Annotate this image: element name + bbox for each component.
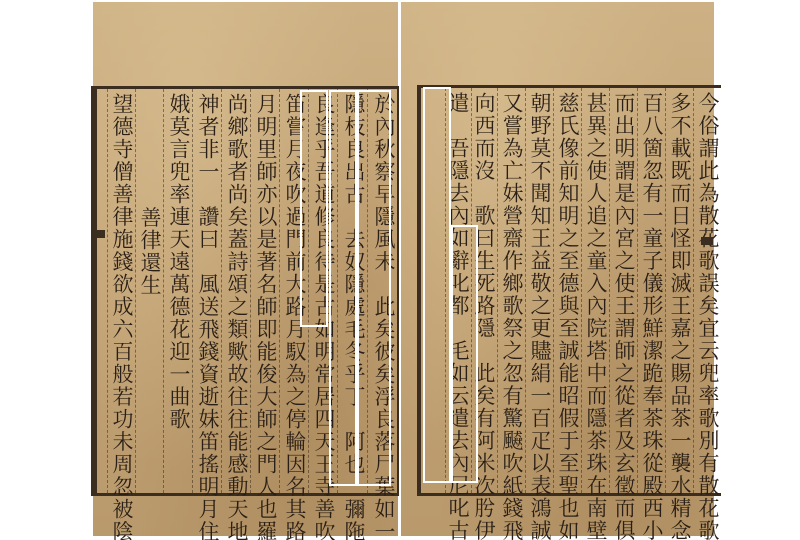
text-column: 笛嘗月夜吹過門前大路月馭為之停輪因名其路日 [279,89,308,493]
column-continuation: 明常居四天王寺善吹 [312,341,336,540]
text-column: 百八箇忽有一童子儀形鮮潔跪奉茶珠從殿西小門 [637,88,665,493]
text-column: 甚異之使人追之童入內院塔中而隱茶珠在南壁畫 [581,88,609,493]
text-column: 神者非一 讚曰 風送飛錢資逝妹笛搖明月住姮 [192,89,221,493]
left-page-frame: 於內秋察早隱風未 此矣彼矣浮良落尸葉如一等 隱枝良出古 去奴隱處毛冬乎丁 阿也 … [91,86,399,496]
text-column: 良逢乎吾道修良待是古如明常居四天王寺善吹 [308,89,337,493]
text-column: 今俗謂此為散花歌誤矣宜云兜率歌別有散花歌文 [693,88,721,493]
text-column: 尚鄉歌者尚矣蓋詩頌之類歟故往往能感動天地鬼 [221,89,250,493]
text-column: 朝野莫不聞知王益敬之更贐絹一百疋以表鴻誠明 [525,88,553,493]
text-column: 遣 吾隱去內如辭叱都 毛如云遣去內尼叱古 [445,88,471,493]
right-page-columns: 今俗謂此為散花歌誤矣宜云兜率歌別有散花歌文 多不載既而日怪即滅王嘉之賜品茶一襲水… [421,88,721,493]
text-column: 而出明謂是內宮之使王謂師之從者及玄徵而俱非至 [609,88,637,493]
text-column: 望德寺僧善律施錢欲成六百般若功未周忽被陰府所 [107,89,135,493]
column-text: 向西而沒 歌曰 [472,92,496,250]
fishtail-marker [93,230,105,238]
left-page: 於內秋察早隱風未 此矣彼矣浮良落尸葉如一等 隱枝良出古 去奴隱處毛冬乎丁 阿也 … [93,2,398,536]
right-page-frame: 今俗謂此為散花歌誤矣宜云兜率歌別有散花歌文 多不載既而日怪即滅王嘉之賜品茶一襲水… [417,85,721,496]
text-column: 隱枝良出古 去奴隱處毛冬乎丁 阿也 彌陁刹 [337,89,367,493]
left-page-columns: 於內秋察早隱風未 此矣彼矣浮良落尸葉如一等 隱枝良出古 去奴隱處毛冬乎丁 阿也 … [97,89,397,493]
highlighted-text: 良逢乎吾道修良待是古如 [312,93,336,341]
highlighted-text: 生死路隱 此矣有阿米次肹伊 [472,250,496,540]
text-column: 慈氏像前知明之至德與至誠能昭假于至聖也如此 [553,88,581,493]
right-page: 今俗謂此為散花歌誤矣宜云兜率歌別有散花歌文 多不載既而日怪即滅王嘉之賜品茶一襲水… [401,2,714,536]
text-column: 娥莫言兜率連天遠萬德花迎一曲歌 [163,89,192,493]
fishtail-marker [701,237,713,245]
text-column: 月明里師亦以是著名師即能俊大師之門人也羅人 [250,89,279,493]
text-column: 多不載既而日怪即滅王嘉之賜品茶一襲水精念珠 [665,88,693,493]
section-title: 善律還生 [135,89,163,493]
text-column: 向西而沒 歌曰生死路隱 此矣有阿米次肹伊 [471,88,497,493]
text-column: 於內秋察早隱風未 此矣彼矣浮良落尸葉如一等 [367,89,397,493]
text-column: 又嘗為亡妹營齋作鄉歌祭之忽有驚飇吹紙錢飛擧 [497,88,525,493]
